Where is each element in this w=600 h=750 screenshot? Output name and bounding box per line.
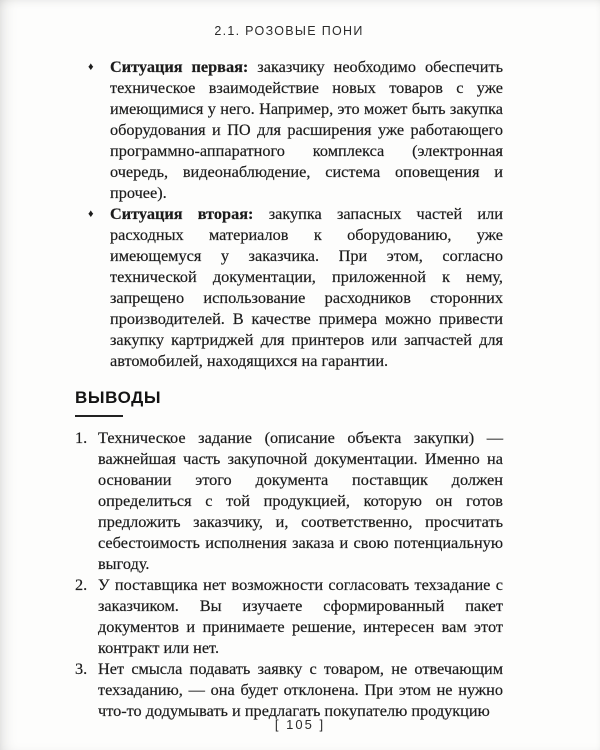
list-item: 3. Нет смысла подавать заявку с товаром,… [75,658,503,721]
conclusion-paragraph: У поставщика нет возможности согласовать… [98,574,503,658]
conclusion-paragraph: Нет смысла подавать заявку с товаром, не… [98,658,503,721]
bullet-paragraph: Ситуация вторая: закупка запасных частей… [110,203,503,371]
page-number: [ 105 ] [0,717,600,732]
bullet-paragraph: Ситуация первая: заказчику необходимо об… [110,56,503,203]
bullet-list: ♦ Ситуация первая: заказчику необходимо … [88,56,503,371]
book-page: 2.1. РОЗОВЫЕ ПОНИ ♦ Ситуация первая: зак… [0,0,600,750]
conclusions-list: 1. Техническое задание (описание объекта… [75,427,503,721]
running-head: 2.1. РОЗОВЫЕ ПОНИ [75,24,503,38]
bullet-lead: Ситуация вторая: [110,204,253,223]
item-number: 3. [75,658,98,679]
section-heading: ВЫВОДЫ [75,388,503,408]
item-number: 2. [75,574,98,595]
list-item: 2. У поставщика нет возможности согласов… [75,574,503,658]
item-number: 1. [75,427,98,448]
bullet-diamond-icon: ♦ [88,56,110,78]
bullet-lead: Ситуация первая: [110,57,248,76]
conclusion-paragraph: Техническое задание (описание объекта за… [98,427,503,574]
heading-underline [75,415,123,417]
bullet-diamond-icon: ♦ [88,203,110,225]
list-item: ♦ Ситуация вторая: закупка запасных част… [88,203,503,371]
list-item: 1. Техническое задание (описание объекта… [75,427,503,574]
bullet-text: закупка запасных частей или расходных ма… [110,204,503,370]
list-item: ♦ Ситуация первая: заказчику необходимо … [88,56,503,203]
bullet-text: заказчику необходимо обеспечить техничес… [110,57,503,202]
